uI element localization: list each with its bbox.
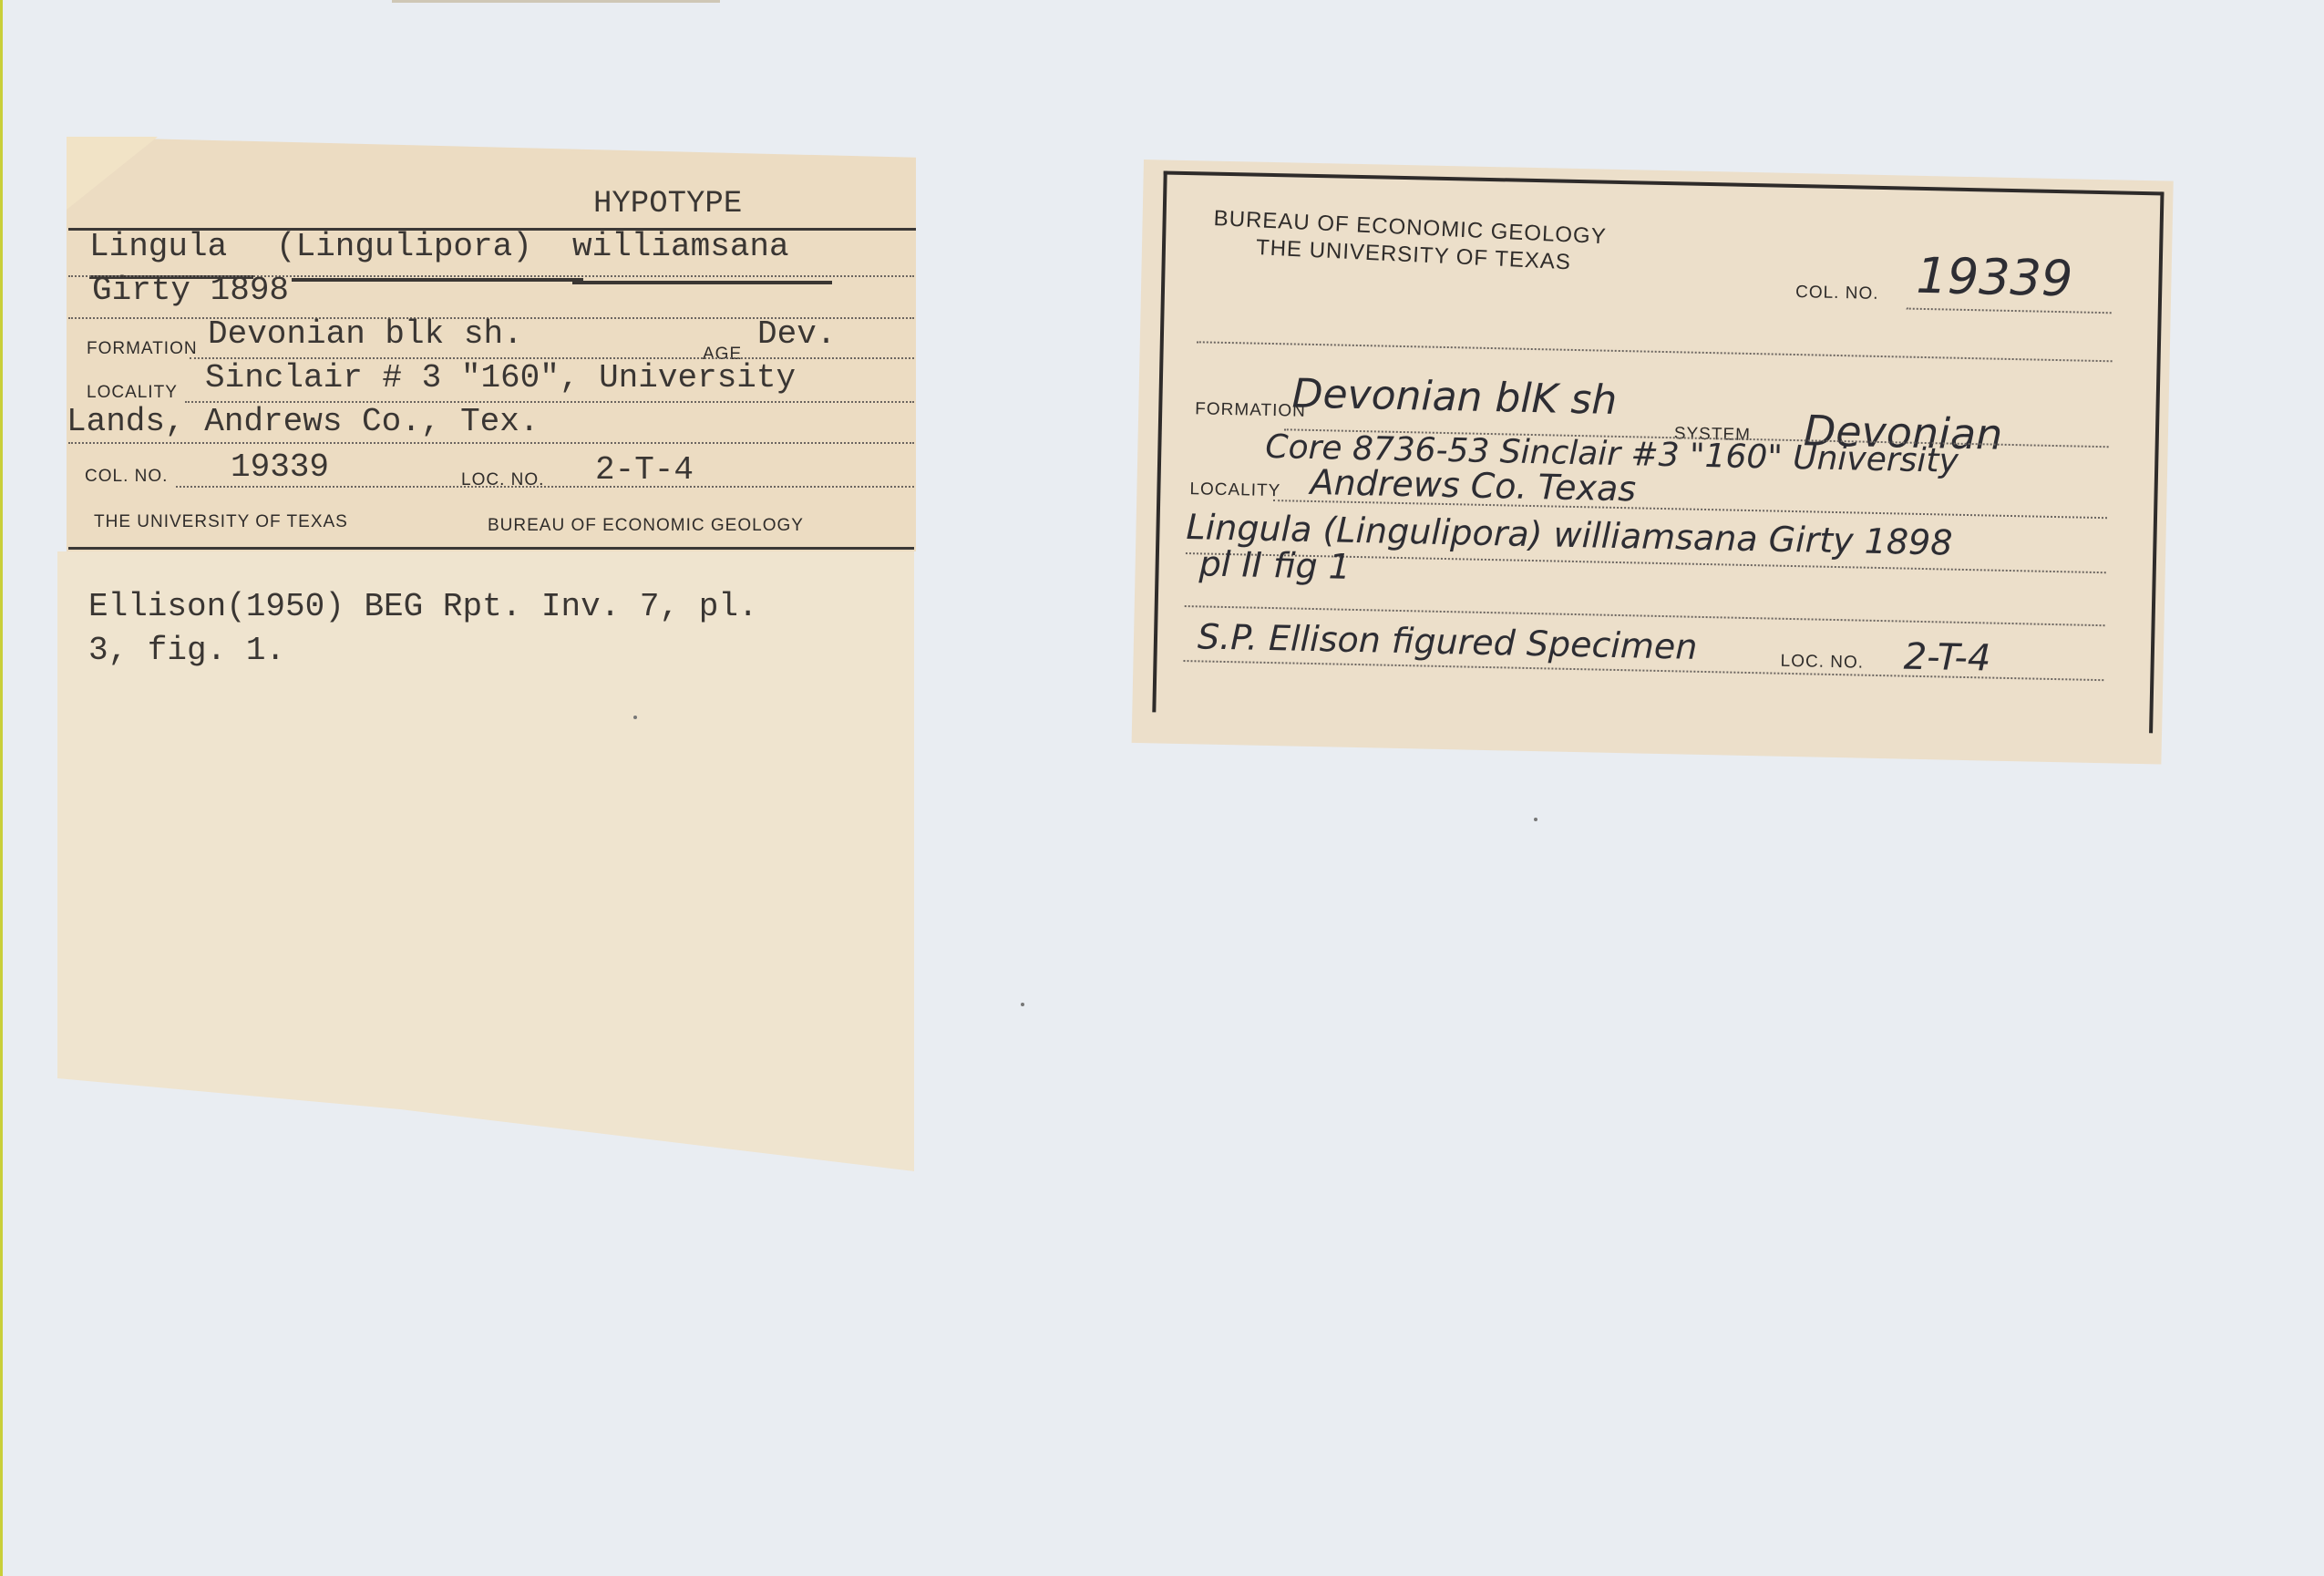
- col-no-value: 19339: [231, 448, 329, 486]
- col-no-label: COL. NO.: [1795, 283, 1879, 304]
- species-text: williamsana: [572, 228, 789, 265]
- age-value: Dev.: [757, 315, 836, 353]
- formation-value: Devonian blK sh: [1291, 370, 1618, 423]
- locality-value-1: Sinclair # 3 "160", University: [205, 359, 796, 397]
- handwritten-specimen-card: BUREAU OF ECONOMIC GEOLOGY THE UNIVERSIT…: [1132, 160, 2174, 765]
- footer-bureau: BUREAU OF ECONOMIC GEOLOGY: [488, 516, 804, 536]
- subgenus-underline: [292, 278, 583, 282]
- formation-label: FORMATION: [87, 339, 198, 359]
- line-5: [68, 442, 914, 444]
- hypotype-header: HYPOTYPE: [593, 187, 742, 221]
- formation-value: Devonian blk sh.: [208, 315, 523, 353]
- author-year: Girty 1898: [92, 272, 289, 309]
- footer-university: THE UNIVERSITY OF TEXAS: [94, 512, 348, 532]
- col-no-label: COL. NO.: [85, 467, 168, 487]
- footer-rule: [68, 547, 914, 550]
- reference-line-1: Ellison(1950) BEG Rpt. Inv. 7, pl.: [88, 588, 758, 625]
- loc-no-value: 2-T-4: [595, 451, 694, 489]
- dust-speck: [633, 716, 637, 719]
- dust-speck: [1534, 818, 1537, 821]
- subgenus-text: (Lingulipora): [276, 228, 532, 265]
- loc-no-value: 2-T-4: [1903, 636, 1991, 680]
- line-6: [176, 486, 914, 488]
- typed-specimen-card: HYPOTYPE Lingula (Lingulipora) williamsa…: [57, 137, 916, 1030]
- formation-label: FORMATION: [1195, 399, 1306, 422]
- locality-label: LOCALITY: [1189, 479, 1280, 501]
- locality-value-2: Lands, Andrews Co., Tex.: [67, 403, 539, 440]
- locality-label: LOCALITY: [87, 383, 178, 403]
- genus-text: Lingula: [89, 228, 227, 265]
- species-underline: [572, 281, 832, 284]
- scanner-edge-top: [392, 0, 720, 3]
- loc-no-label: LOC. NO.: [1780, 652, 1864, 674]
- reference-line-2: 3, fig. 1.: [88, 632, 285, 669]
- col-no-value: 19339: [1916, 247, 2073, 308]
- plate-line: pl II fig 1: [1198, 543, 1351, 586]
- scanner-edge-left: [0, 0, 3, 1576]
- dust-speck: [1021, 1003, 1024, 1006]
